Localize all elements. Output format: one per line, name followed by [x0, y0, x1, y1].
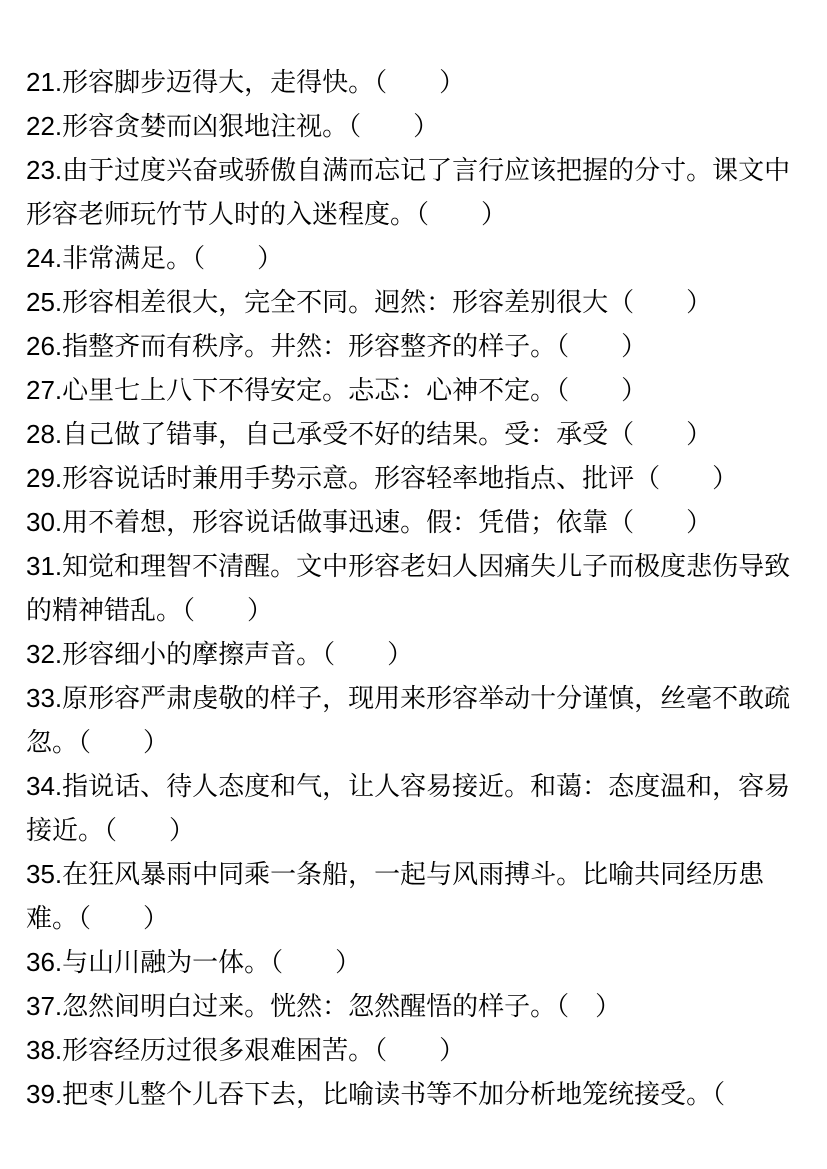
- answer-blank: （ ）: [322, 639, 413, 669]
- question-text: 形容相差很大，完全不同。迥然：形容差别很大: [62, 287, 608, 317]
- question-text: 把枣儿整个儿吞下去，比喻读书等不加分析地笼统接受。: [62, 1079, 712, 1109]
- answer-blank: （ ）: [556, 375, 647, 405]
- question-item: 22.形容贪婪而凶狠地注视。（ ）: [26, 104, 801, 148]
- answer-blank: （ ）: [192, 243, 283, 273]
- question-item: 35.在狂风暴雨中同乘一条船，一起与风雨搏斗。比喻共同经历患难。（ ）: [26, 852, 801, 940]
- question-item: 26.指整齐而有秩序。井然：形容整齐的样子。（ ）: [26, 324, 801, 368]
- question-text: 自己做了错事，自己承受不好的结果。受：承受: [62, 419, 608, 449]
- answer-blank: （ ）: [374, 1035, 465, 1065]
- question-item: 23.由于过度兴奋或骄傲自满而忘记了言行应该把握的分寸。课文中形容老师玩竹节人时…: [26, 148, 801, 236]
- answer-blank: （ ）: [78, 727, 169, 757]
- question-item: 30.用不着想，形容说话做事迅速。假：凭借；依靠（ ）: [26, 500, 801, 544]
- question-item: 24.非常满足。（ ）: [26, 236, 801, 280]
- answer-blank: （ ）: [374, 67, 465, 97]
- question-item: 36.与山川融为一体。（ ）: [26, 940, 801, 984]
- question-number: 33.: [26, 683, 62, 713]
- question-item: 28.自己做了错事，自己承受不好的结果。受：承受（ ）: [26, 412, 801, 456]
- question-item: 27.心里七上八下不得安定。忐忑：心神不定。（ ）: [26, 368, 801, 412]
- question-item: 25.形容相差很大，完全不同。迥然：形容差别很大（ ）: [26, 280, 801, 324]
- question-item: 38.形容经历过很多艰难困苦。（ ）: [26, 1028, 801, 1072]
- question-number: 39.: [26, 1079, 62, 1109]
- answer-blank: （ ）: [608, 287, 712, 317]
- answer-blank: （ ）: [104, 815, 195, 845]
- question-number: 22.: [26, 111, 62, 141]
- question-number: 24.: [26, 243, 62, 273]
- question-text: 形容脚步迈得大，走得快。: [62, 67, 374, 97]
- question-number: 26.: [26, 331, 62, 361]
- answer-blank: （ ）: [634, 463, 738, 493]
- question-number: 30.: [26, 507, 62, 537]
- worksheet-page: 21.形容脚步迈得大，走得快。（ ） 22.形容贪婪而凶狠地注视。（ ） 23.…: [0, 0, 827, 1116]
- answer-blank: （ ）: [348, 111, 439, 141]
- answer-blank: （ ）: [416, 199, 507, 229]
- answer-blank: （ ）: [556, 331, 647, 361]
- answer-blank: （ ）: [608, 507, 712, 537]
- question-item: 32.形容细小的摩擦声音。（ ）: [26, 632, 801, 676]
- question-number: 23.: [26, 155, 62, 185]
- question-number: 31.: [26, 551, 62, 581]
- question-text: 与山川融为一体。: [62, 947, 270, 977]
- question-number: 37.: [26, 991, 62, 1021]
- question-item: 34.指说话、待人态度和气，让人容易接近。和蔼：态度温和，容易接近。（ ）: [26, 764, 801, 852]
- question-text: 指整齐而有秩序。井然：形容整齐的样子。: [62, 331, 556, 361]
- question-item: 21.形容脚步迈得大，走得快。（ ）: [26, 60, 801, 104]
- question-item: 31.知觉和理智不清醒。文中形容老妇人因痛失儿子而极度悲伤导致的精神错乱。（ ）: [26, 544, 801, 632]
- question-text: 形容贪婪而凶狠地注视。: [62, 111, 348, 141]
- answer-blank: （ ）: [182, 595, 273, 625]
- question-item: 33.原形容严肃虔敬的样子，现用来形容举动十分谨慎，丝毫不敢疏忽。（ ）: [26, 676, 801, 764]
- question-text: 形容经历过很多艰难困苦。: [62, 1035, 374, 1065]
- answer-blank: （: [712, 1079, 725, 1109]
- question-text: 用不着想，形容说话做事迅速。假：凭借；依靠: [62, 507, 608, 537]
- question-text: 形容细小的摩擦声音。: [62, 639, 322, 669]
- question-number: 27.: [26, 375, 62, 405]
- question-number: 25.: [26, 287, 62, 317]
- question-text: 形容说话时兼用手势示意。形容轻率地指点、批评: [62, 463, 634, 493]
- question-number: 38.: [26, 1035, 62, 1065]
- question-number: 35.: [26, 859, 62, 889]
- question-item: 37.忽然间明白过来。恍然：忽然醒悟的样子。（ ）: [26, 984, 801, 1028]
- question-item: 39.把枣儿整个儿吞下去，比喻读书等不加分析地笼统接受。（: [26, 1072, 801, 1116]
- question-number: 21.: [26, 67, 62, 97]
- answer-blank: （ ）: [270, 947, 361, 977]
- question-text: 知觉和理智不清醒。文中形容老妇人因痛失儿子而极度悲伤导致的精神错乱。: [26, 551, 790, 625]
- question-number: 34.: [26, 771, 62, 801]
- question-text: 非常满足。: [62, 243, 192, 273]
- answer-blank: （ ）: [78, 903, 169, 933]
- answer-blank: （ ）: [556, 991, 621, 1021]
- question-text: 忽然间明白过来。恍然：忽然醒悟的样子。: [62, 991, 556, 1021]
- question-number: 36.: [26, 947, 62, 977]
- answer-blank: （ ）: [608, 419, 712, 449]
- question-text: 心里七上八下不得安定。忐忑：心神不定。: [62, 375, 556, 405]
- question-number: 32.: [26, 639, 62, 669]
- question-number: 29.: [26, 463, 62, 493]
- question-text: 由于过度兴奋或骄傲自满而忘记了言行应该把握的分寸。课文中形容老师玩竹节人时的入迷…: [26, 155, 790, 229]
- question-item: 29.形容说话时兼用手势示意。形容轻率地指点、批评（ ）: [26, 456, 801, 500]
- question-number: 28.: [26, 419, 62, 449]
